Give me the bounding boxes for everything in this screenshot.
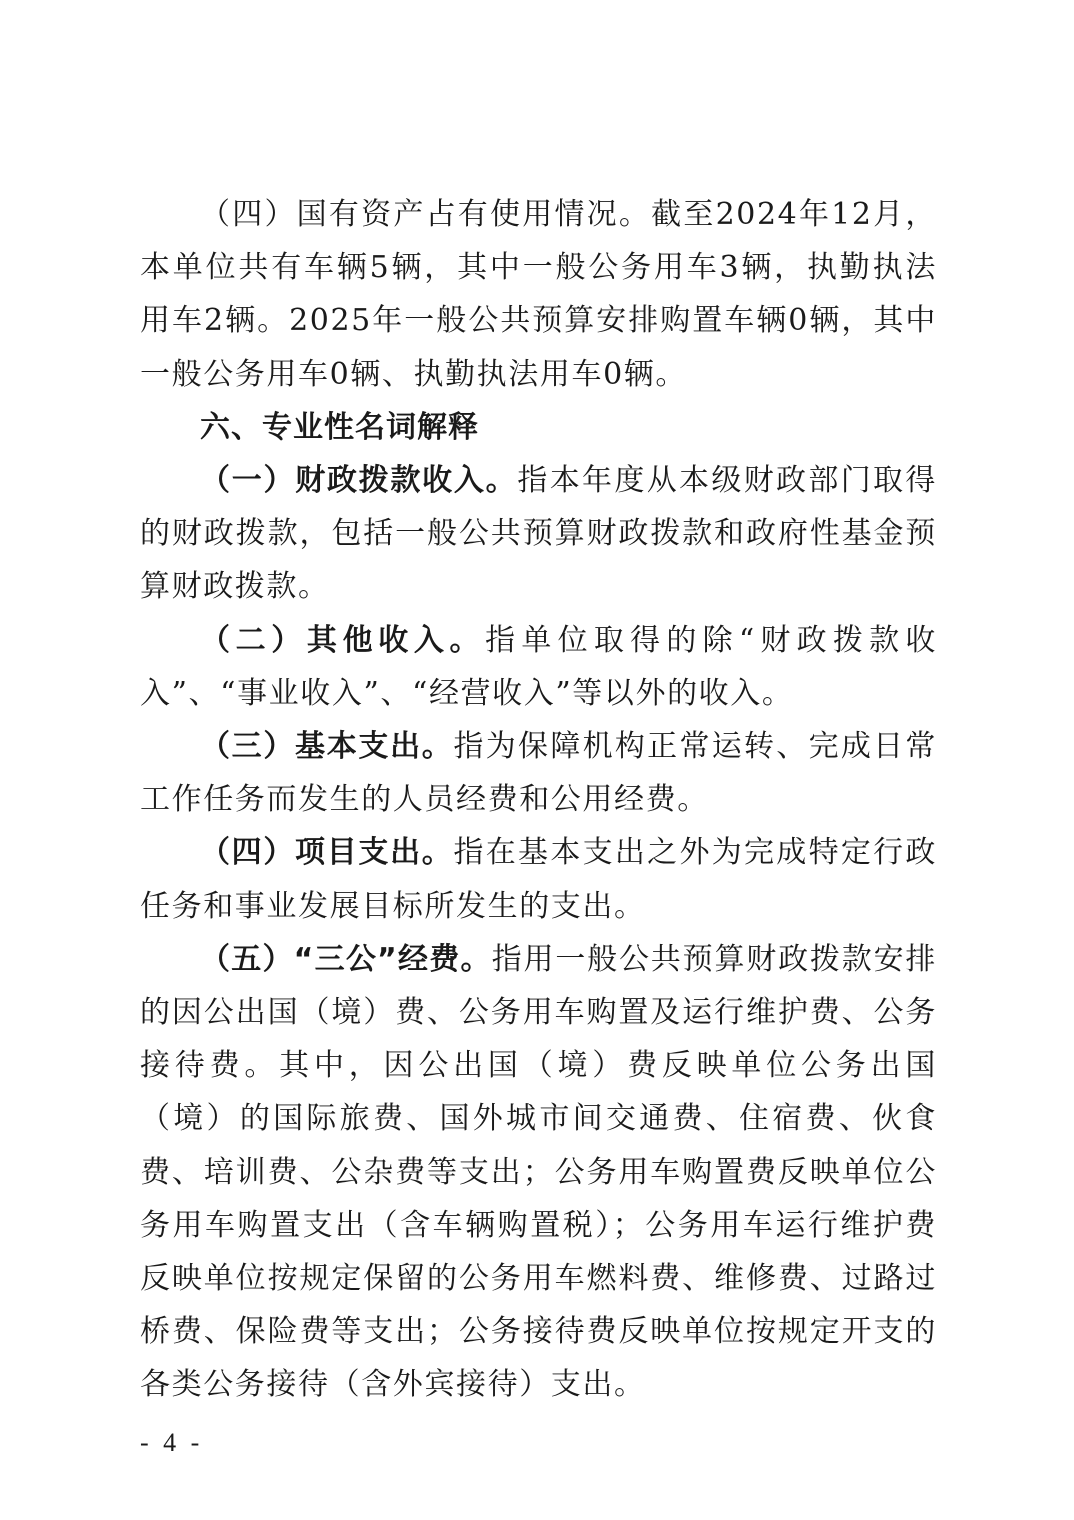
definition-fiscal-appropriation: （一）财政拨款收入。指本年度从本级财政部门取得的财政拨款，包括一般公共预算财政拨… bbox=[140, 454, 937, 614]
section-heading-glossary: 六、专业性名词解释 bbox=[140, 401, 937, 454]
document-page: （四）国有资产占有使用情况。截至2024年12月，本单位共有车辆5辆，其中一般公… bbox=[140, 188, 937, 1412]
definition-other-income: （二）其他收入。指单位取得的除“财政拨款收入”、“事业收入”、“经营收入”等以外… bbox=[140, 614, 937, 720]
term-project-expenditure: （四）项目支出。 bbox=[200, 835, 453, 870]
definition-three-public-expenses: （五）“三公”经费。指用一般公共预算财政拨款安排的因公出国（境）费、公务用车购置… bbox=[140, 933, 937, 1412]
term-basic-expenditure: （三）基本支出。 bbox=[200, 729, 453, 764]
term-other-income: （二）其他收入。 bbox=[200, 623, 485, 658]
text-three-public-expenses: 指用一般公共预算财政拨款安排的因公出国（境）费、公务用车购置及运行维护费、公务接… bbox=[140, 942, 937, 1403]
paragraph-state-assets: （四）国有资产占有使用情况。截至2024年12月，本单位共有车辆5辆，其中一般公… bbox=[140, 188, 937, 401]
definition-basic-expenditure: （三）基本支出。指为保障机构正常运转、完成日常工作任务而发生的人员经费和公用经费… bbox=[140, 720, 937, 826]
term-fiscal-appropriation: （一）财政拨款收入。 bbox=[200, 463, 517, 498]
page-number: - 4 - bbox=[140, 1428, 203, 1458]
term-state-assets: （四）国有资产占有使用情况。 bbox=[200, 197, 651, 232]
term-three-public-expenses: （五）“三公”经费。 bbox=[200, 942, 492, 977]
definition-project-expenditure: （四）项目支出。指在基本支出之外为完成特定行政任务和事业发展目标所发生的支出。 bbox=[140, 826, 937, 932]
